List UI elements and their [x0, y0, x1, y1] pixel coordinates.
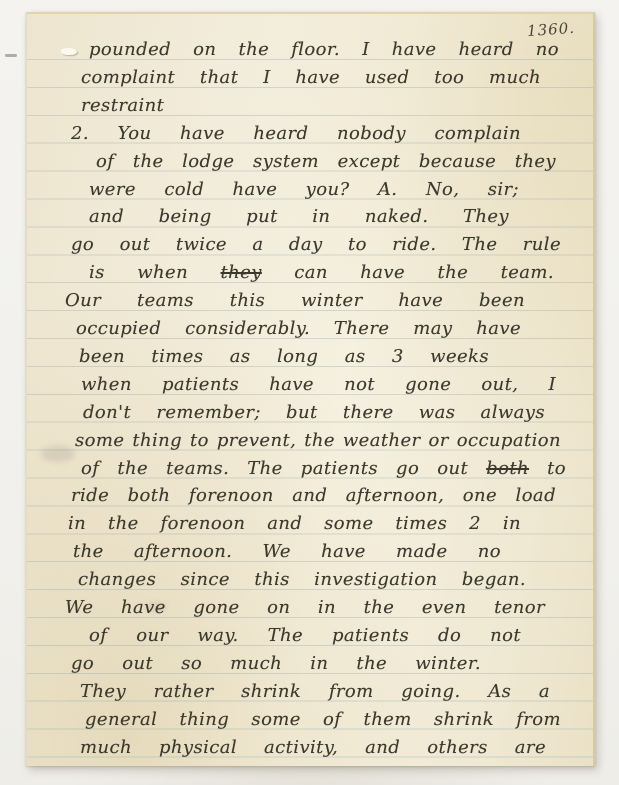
- handwritten-line: in the forenoon and some times 2 in: [68, 512, 521, 536]
- handwritten-line: go out twice a day to ride. The rule: [71, 233, 561, 257]
- struck-word: both: [486, 458, 529, 479]
- handwritten-line: ride both forenoon and afternoon, one lo…: [71, 484, 556, 508]
- handwritten-line: restraint: [81, 94, 281, 118]
- pencil-dash-mark: [5, 54, 17, 57]
- paper-nick: [61, 48, 77, 55]
- handwritten-line: occupied considerably. There may have: [76, 317, 521, 341]
- handwritten-line: some thing to prevent, the weather or oc…: [75, 429, 561, 453]
- handwritten-line: complaint that I have used too much: [81, 66, 541, 90]
- handwritten-line: general thing some of them shrink from: [85, 708, 561, 732]
- scan-background: 1360. pounded on the floor. I have heard…: [0, 0, 619, 785]
- handwritten-line: Our teams this winter have been: [65, 289, 525, 313]
- struck-word: they: [221, 262, 262, 283]
- handwritten-line: were cold have you? A. No, sir;: [89, 178, 519, 202]
- handwritten-line: the afternoon. We have made no: [73, 540, 501, 564]
- handwritten-line: go out so much in the winter.: [71, 652, 481, 676]
- handwritten-line: 2. You have heard nobody complain: [71, 122, 521, 146]
- handwritten-line: when patients have not gone out, I: [81, 373, 556, 397]
- handwritten-line: of the teams. The patients go out both t…: [81, 457, 566, 481]
- handwritten-line: and being put in naked. They: [89, 205, 509, 229]
- handwritten-line: much physical activity, and others are: [80, 736, 546, 760]
- handwritten-line: We have gone on in the even tenor: [65, 596, 545, 620]
- handwritten-line: of the lodge system except because they: [96, 150, 556, 174]
- handwritten-line: is when they can have the team.: [89, 261, 554, 285]
- handwritten-line: They rather shrink from going. As a: [80, 680, 550, 704]
- handwritten-line: changes since this investigation began.: [78, 568, 526, 592]
- handwritten-line: pounded on the floor. I have heard no: [89, 38, 559, 62]
- handwritten-line: don't remember; but there was always: [83, 401, 545, 425]
- handwritten-line: been times as long as 3 weeks: [79, 345, 489, 369]
- page-number: 1360.: [526, 18, 587, 40]
- handwritten-line: of our way. The patients do not: [89, 624, 521, 648]
- paper-smudge: [41, 446, 75, 462]
- manuscript-page: 1360. pounded on the floor. I have heard…: [26, 12, 595, 766]
